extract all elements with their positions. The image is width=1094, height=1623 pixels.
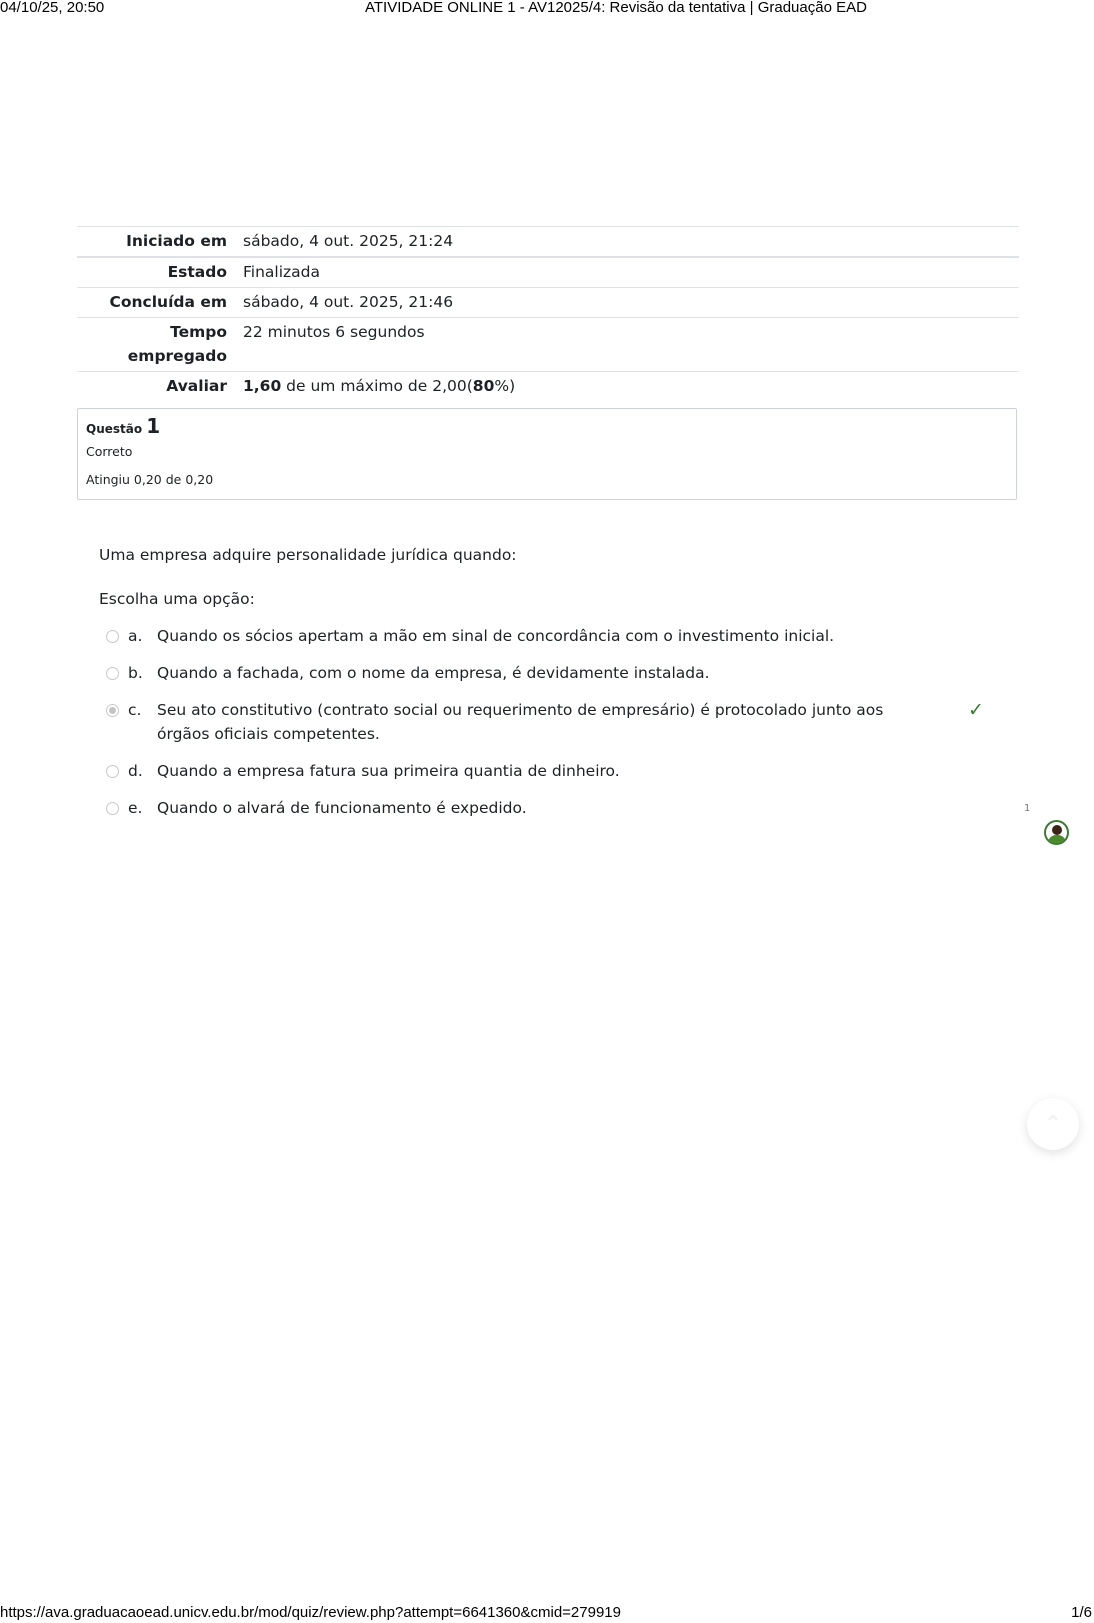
answer-option-c[interactable]: c. Seu ato constitutivo (contrato social… (106, 698, 1006, 746)
summary-row-completed: Concluída em sábado, 4 out. 2025, 21:46 (77, 288, 1019, 318)
answer-letter: d. (128, 759, 157, 783)
summary-row-grade: Avaliar 1,60 de um máximo de 2,00(80%) (77, 372, 1019, 402)
radio-button[interactable] (106, 630, 119, 643)
answer-list: a. Quando os sócios apertam a mão em sin… (106, 624, 1006, 833)
answer-option-a[interactable]: a. Quando os sócios apertam a mão em sin… (106, 624, 1006, 648)
summary-row-state: Estado Finalizada (77, 257, 1019, 288)
avatar-icon[interactable] (1044, 820, 1069, 845)
print-footer: https://ava.graduacaoead.unicv.edu.br/mo… (0, 1604, 1094, 1622)
answer-text: Quando os sócios apertam a mão em sinal … (157, 624, 917, 648)
grade-suffix: %) (494, 377, 515, 395)
radio-button[interactable] (106, 667, 119, 680)
summary-value: sábado, 4 out. 2025, 21:24 (235, 227, 1019, 258)
scroll-to-top-button[interactable]: ⌃ (1027, 1098, 1079, 1150)
summary-row-started: Iniciado em sábado, 4 out. 2025, 21:24 (77, 227, 1019, 258)
question-number: Questão 1 (86, 415, 1008, 440)
print-page-number: 1/6 (1071, 1604, 1092, 1621)
answer-letter: e. (128, 796, 157, 820)
summary-value: Finalizada (235, 257, 1019, 288)
summary-label: Estado (77, 257, 235, 288)
answer-letter: c. (128, 698, 157, 722)
avatar-head (1052, 825, 1062, 835)
print-header: 04/10/25, 20:50 ATIVIDADE ONLINE 1 - AV1… (0, 0, 1094, 16)
answer-option-d[interactable]: d. Quando a empresa fatura sua primeira … (106, 759, 1006, 783)
print-datetime: 04/10/25, 20:50 (0, 0, 104, 16)
radio-button[interactable] (106, 802, 119, 815)
radio-button-selected[interactable] (106, 704, 119, 717)
answer-text: Quando a empresa fatura sua primeira qua… (157, 759, 917, 783)
summary-row-time-taken: Tempo empregado 22 minutos 6 segundos (77, 318, 1019, 372)
grade-percent: 80 (473, 377, 495, 395)
question-info-box: Questão 1 Correto Atingiu 0,20 de 0,20 (77, 408, 1017, 500)
print-page-title: ATIVIDADE ONLINE 1 - AV12025/4: Revisão … (365, 0, 867, 16)
answer-option-b[interactable]: b. Quando a fachada, com o nome da empre… (106, 661, 1006, 685)
question-grade: Atingiu 0,20 de 0,20 (86, 466, 1008, 494)
summary-label: Iniciado em (77, 227, 235, 258)
page-marker: 1 (1024, 803, 1030, 814)
question-state: Correto (86, 438, 1008, 466)
answer-letter: a. (128, 624, 157, 648)
summary-label: Concluída em (77, 288, 235, 318)
question-number-value: 1 (146, 414, 160, 438)
grade-score: 1,60 (243, 377, 281, 395)
answer-prompt: Escolha uma opção: (99, 590, 255, 608)
chevron-up-icon: ⌃ (1044, 1112, 1062, 1137)
question-label: Questão (86, 422, 142, 436)
grade-max: de um máximo de 2,00( (281, 377, 473, 395)
check-icon: ✓ (968, 698, 984, 722)
answer-text: Quando o alvará de funcionamento é exped… (157, 796, 917, 820)
answer-text: Seu ato constitutivo (contrato social ou… (157, 698, 917, 746)
summary-value: 1,60 de um máximo de 2,00(80%) (235, 372, 1019, 402)
question-text: Uma empresa adquire personalidade jurídi… (99, 546, 517, 564)
print-url: https://ava.graduacaoead.unicv.edu.br/mo… (0, 1604, 621, 1621)
radio-button[interactable] (106, 765, 119, 778)
summary-label: Tempo empregado (77, 318, 235, 372)
answer-letter: b. (128, 661, 157, 685)
summary-value: sábado, 4 out. 2025, 21:46 (235, 288, 1019, 318)
answer-option-e[interactable]: e. Quando o alvará de funcionamento é ex… (106, 796, 1006, 820)
avatar-body (1048, 835, 1066, 845)
summary-label: Avaliar (77, 372, 235, 402)
summary-value: 22 minutos 6 segundos (235, 318, 1019, 372)
attempt-summary-table: Iniciado em sábado, 4 out. 2025, 21:24 E… (77, 226, 1019, 401)
answer-text: Quando a fachada, com o nome da empresa,… (157, 661, 917, 685)
